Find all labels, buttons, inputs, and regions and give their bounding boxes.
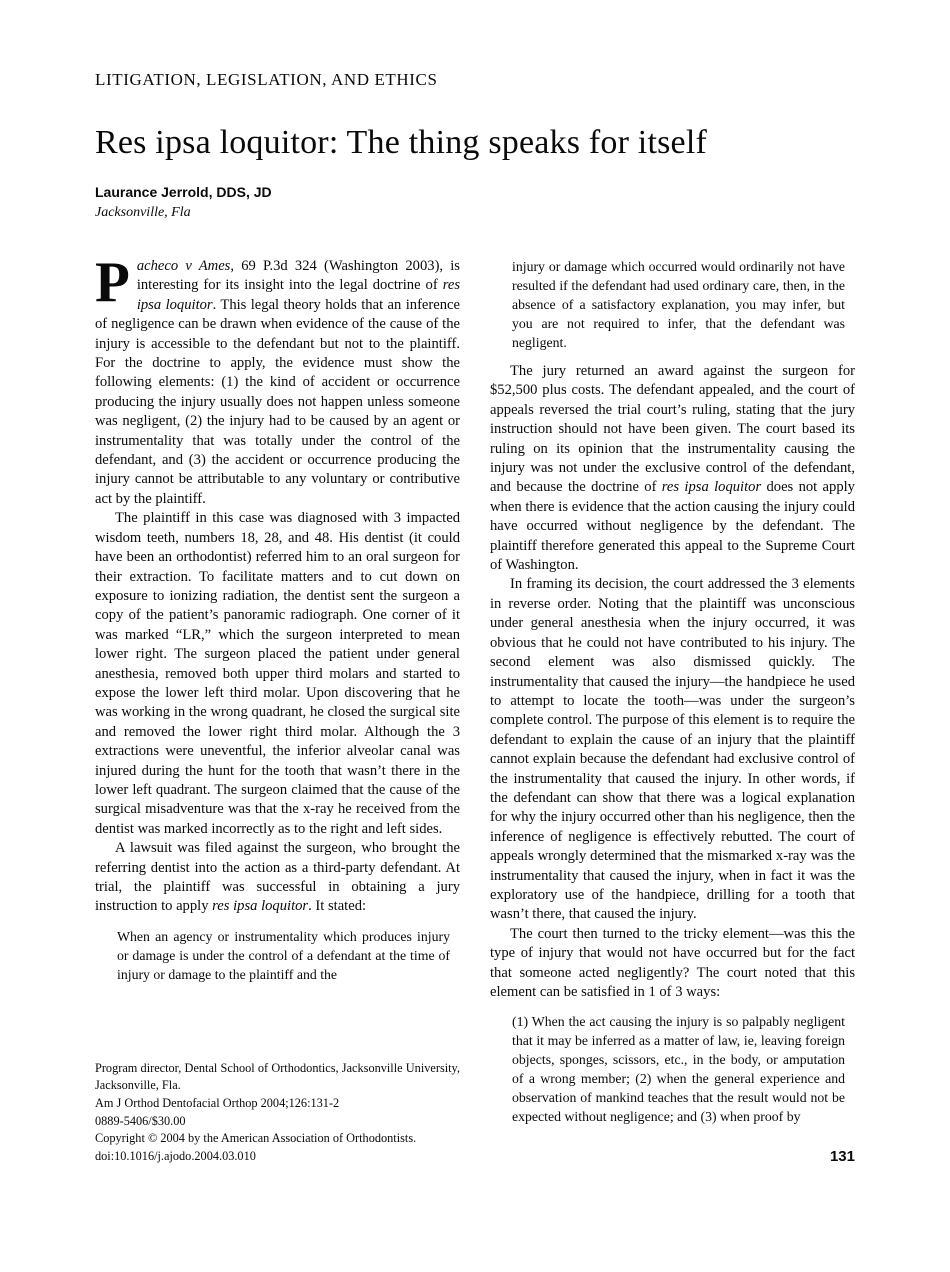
paragraph: The plaintiff in this case was diagnosed… xyxy=(95,509,460,839)
paragraph: The jury returned an award against the s… xyxy=(490,362,855,575)
article-footnote: Program director, Dental School of Ortho… xyxy=(95,1046,460,1166)
footnote-issn-price: 0889-5406/$30.00 xyxy=(95,1113,460,1131)
footnote-copyright: Copyright © 2004 by the American Associa… xyxy=(95,1130,460,1148)
footnote-citation: Am J Orthod Dentofacial Orthop 2004;126:… xyxy=(95,1095,460,1113)
author-name: Laurance Jerrold, DDS, JD xyxy=(95,184,855,200)
paragraph: In framing its decision, the court addre… xyxy=(490,575,855,924)
paragraph: A lawsuit was filed against the surgeon,… xyxy=(95,839,460,917)
two-column-body: Pacheco v Ames, 69 P.3d 324 (Washington … xyxy=(95,257,855,1165)
author-affiliation: Jacksonville, Fla xyxy=(95,205,855,221)
right-column-text: injury or damage which occurred would or… xyxy=(490,257,855,1136)
section-eyebrow: LITIGATION, LEGISLATION, AND ETHICS xyxy=(95,70,855,90)
left-column-text: Pacheco v Ames, 69 P.3d 324 (Washington … xyxy=(95,257,460,994)
jury-instruction-quote: When an agency or instrumentality which … xyxy=(117,927,450,984)
footnote-doi: doi:10.1016/j.ajodo.2004.03.010 xyxy=(95,1148,460,1166)
page-number: 131 xyxy=(490,1148,855,1165)
paragraph-lead-text: acheco v Ames, 69 P.3d 324 (Washington 2… xyxy=(95,258,460,507)
left-column: Pacheco v Ames, 69 P.3d 324 (Washington … xyxy=(95,257,460,1165)
paragraph: The court then turned to the tricky elem… xyxy=(490,925,855,1003)
right-column: injury or damage which occurred would or… xyxy=(490,257,855,1165)
jury-instruction-quote-continued: injury or damage which occurred would or… xyxy=(512,257,845,352)
footnote-affiliation: Program director, Dental School of Ortho… xyxy=(95,1060,460,1095)
three-ways-quote: (1) When the act causing the injury is s… xyxy=(512,1012,845,1126)
paragraph-lead: Pacheco v Ames, 69 P.3d 324 (Washington … xyxy=(95,257,460,509)
journal-page: LITIGATION, LEGISLATION, AND ETHICS Res … xyxy=(0,0,950,1272)
article-title: Res ipsa loquitor: The thing speaks for … xyxy=(95,124,855,162)
dropcap: P xyxy=(95,257,137,306)
